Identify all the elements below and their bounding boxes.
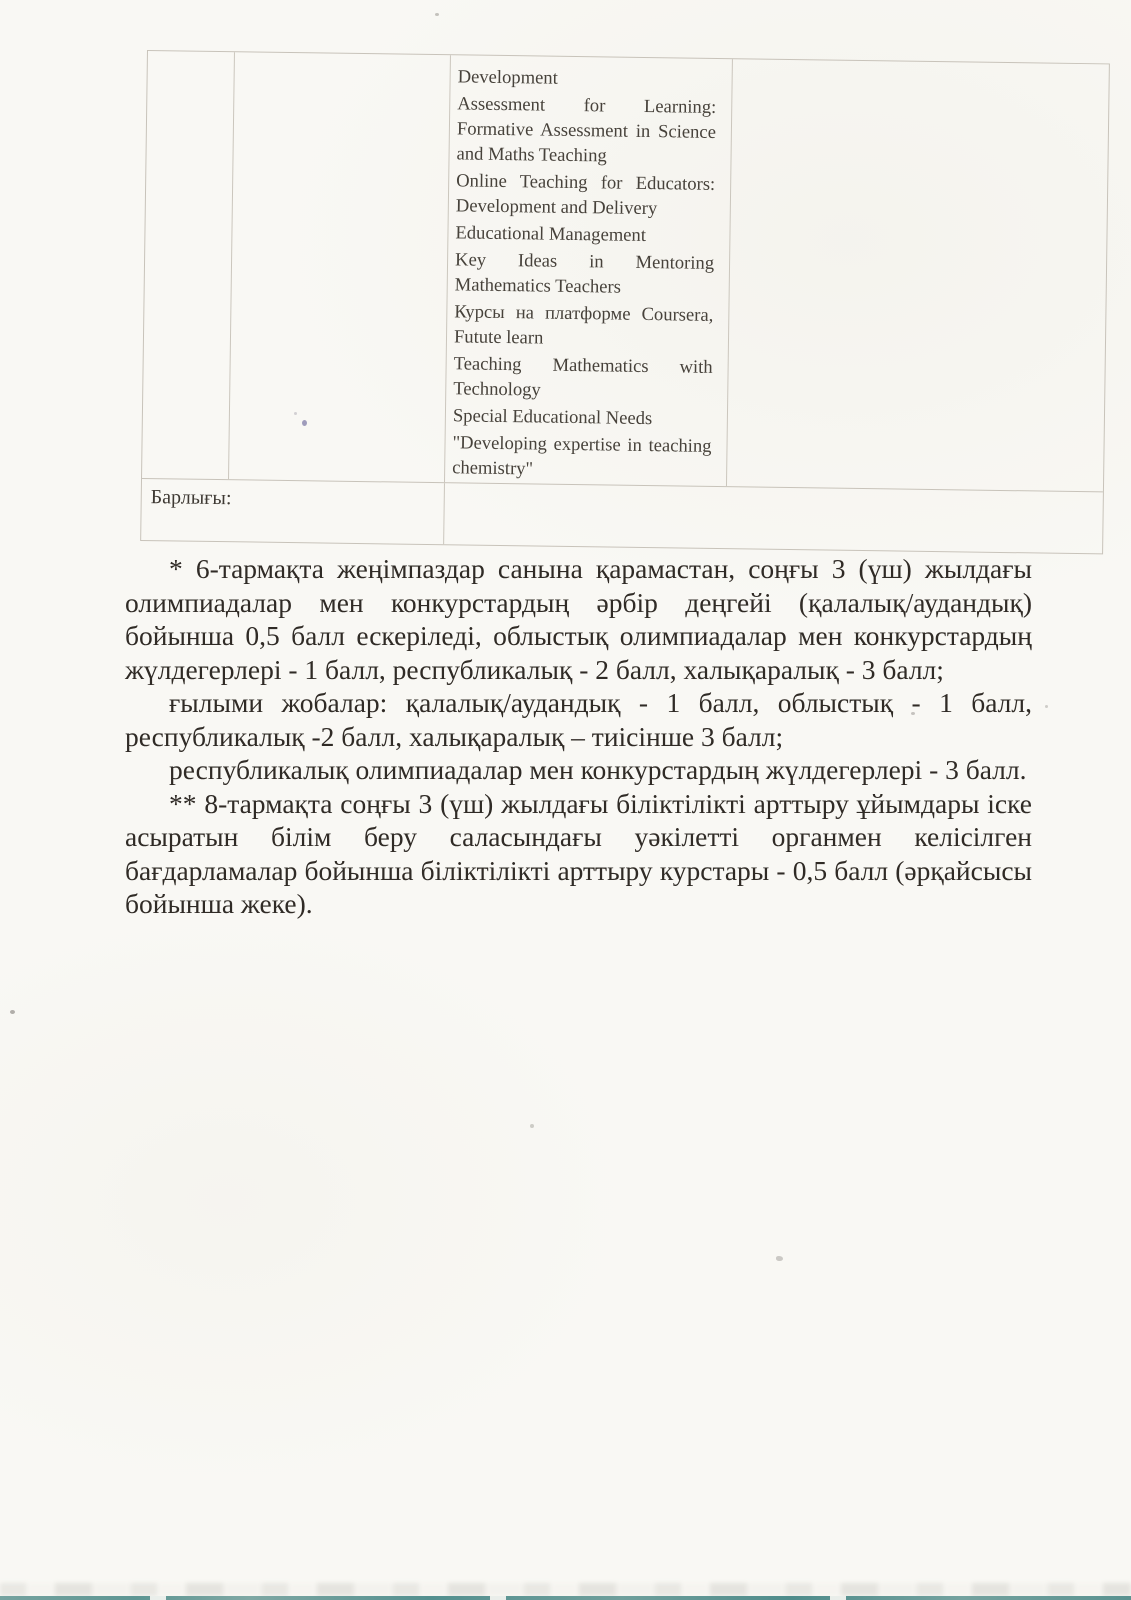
footnote-paragraph: ** 8-тармақта соңғы 3 (үш) жылдағы білік… xyxy=(125,787,1032,921)
scan-speck xyxy=(294,412,297,415)
footnote-paragraph: * 6-тармақта жеңімпаздар санына қарамаст… xyxy=(125,552,1032,686)
course-item: Key Ideas in Mentoring Mathematics Teach… xyxy=(455,247,715,301)
table-cell-empty-col4 xyxy=(726,59,1109,491)
total-value-cell xyxy=(443,483,1103,553)
scan-edge-shadow xyxy=(0,1583,1131,1596)
table-cell-empty-col2 xyxy=(228,52,450,482)
course-item: Development xyxy=(457,64,716,93)
course-list: DevelopmentAssessment for Learning: Form… xyxy=(452,64,717,484)
course-item: Educational Management xyxy=(455,220,714,249)
footnote-paragraph: ғылыми жобалар: қалалық/аудандық - 1 бал… xyxy=(125,686,1032,753)
course-item: Курсы на платформе Coursera, Futute lear… xyxy=(454,299,714,353)
scan-speck xyxy=(1045,705,1048,708)
total-label-cell: Барлығы: xyxy=(141,479,444,544)
scores-table: DevelopmentAssessment for Learning: Form… xyxy=(140,50,1110,554)
course-item: Teaching Mathematics with Technology xyxy=(453,351,713,405)
footnote-paragraph: республикалық олимпиадалар мен конкурста… xyxy=(125,753,1032,787)
course-item: "Developing expertise in teaching chemis… xyxy=(452,430,712,484)
scanned-document-page: DevelopmentAssessment for Learning: Form… xyxy=(0,0,1131,1600)
scan-speck xyxy=(911,712,915,715)
scan-speck xyxy=(435,13,439,16)
total-label: Барлығы: xyxy=(151,486,232,509)
course-item: Special Educational Needs xyxy=(453,403,712,432)
table-cell-empty-col1 xyxy=(142,51,234,479)
scan-speck xyxy=(10,1010,15,1014)
table-cell-course-list: DevelopmentAssessment for Learning: Form… xyxy=(444,55,732,486)
scan-speck xyxy=(302,420,307,426)
table-row-courses: DevelopmentAssessment for Learning: Form… xyxy=(142,51,1109,491)
footnotes-block: * 6-тармақта жеңімпаздар санына қарамаст… xyxy=(125,552,1032,921)
scan-speck xyxy=(776,1256,783,1261)
course-item: Online Teaching for Educators: Developme… xyxy=(456,168,716,222)
course-item: Assessment for Learning: Formative Asses… xyxy=(456,91,716,170)
scan-speck xyxy=(530,1124,534,1128)
scan-edge-line xyxy=(0,1596,1131,1600)
